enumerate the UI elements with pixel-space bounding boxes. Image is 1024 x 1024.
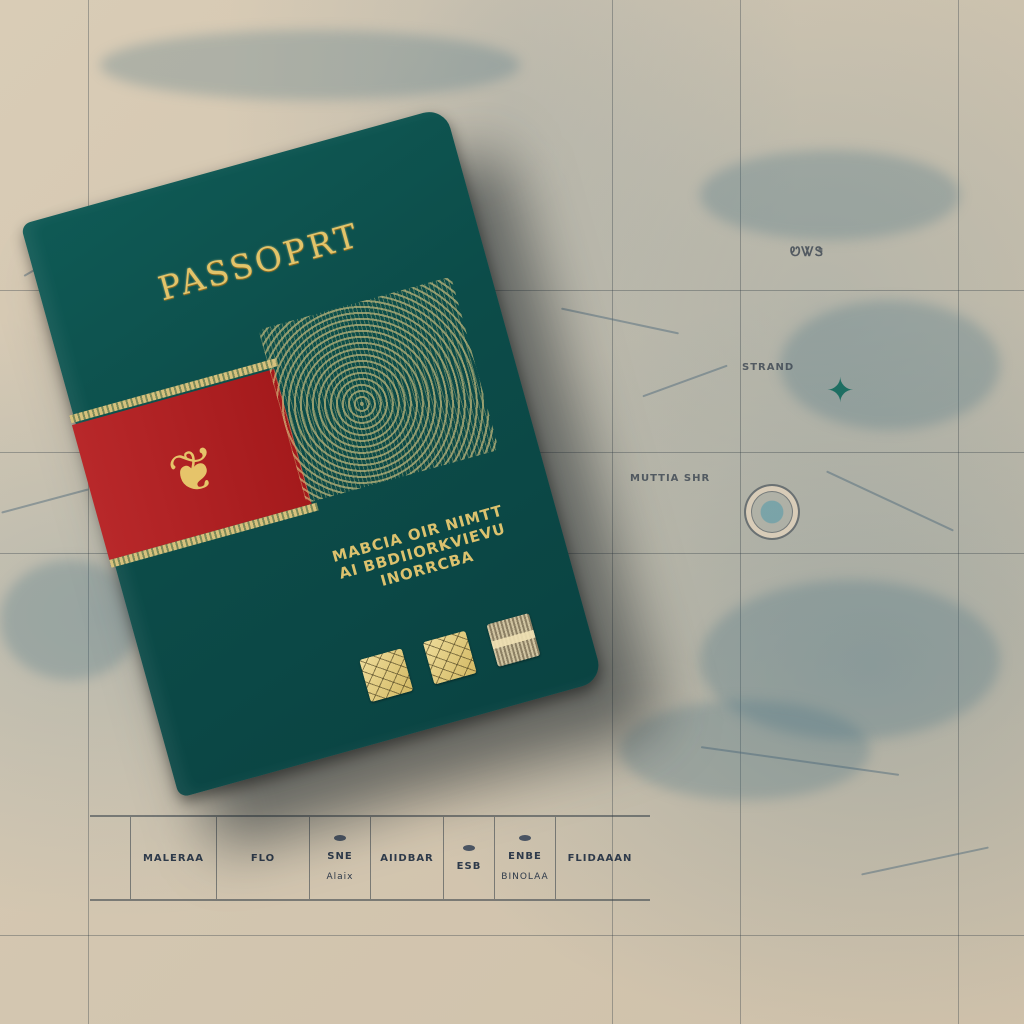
map-gridline: [88, 0, 89, 1024]
chip-row: [359, 613, 540, 702]
map-coast: [700, 150, 960, 240]
compass-star-icon: ✦: [826, 374, 855, 408]
gold-chip-icon: [423, 631, 477, 685]
legend-cell: SNEAlaix: [310, 817, 371, 899]
map-label: MUTTIA SHR: [630, 473, 710, 484]
map-coast: [620, 700, 870, 800]
map-gridline: [740, 0, 741, 1024]
map-contour: [561, 308, 679, 335]
legend-mark-icon: [463, 845, 475, 851]
passport-subtitle: MABCIA OIR NIMTT AI BBDIIORKVIEVU INORRC…: [300, 493, 546, 609]
map-legend-table: MALERAA FLO SNEAlaix AIIDBAR ESB ENBEBIN…: [90, 815, 650, 901]
legend-mark-icon: [519, 835, 531, 841]
map-contour: [642, 365, 727, 398]
map-coast: [100, 30, 520, 100]
legend-cell: MALERAA: [131, 817, 217, 899]
flag-red-panel: ❦: [72, 369, 312, 560]
map-label: STRAND: [742, 362, 794, 373]
gold-chip-icon: [359, 648, 413, 702]
legend-mark-icon: [334, 835, 346, 841]
striped-chip-icon: [486, 613, 540, 667]
map-contour: [826, 471, 954, 532]
map-coast: [780, 300, 1000, 430]
legend-cell: FLIDAAAN: [556, 817, 644, 899]
map-gridline: [0, 935, 1024, 936]
legend-cell: ESB: [444, 817, 495, 899]
map-gridline: [958, 0, 959, 1024]
map-label: ᏬᏔᏕ: [790, 245, 824, 260]
map-contour: [1, 488, 88, 513]
legend-cell: [90, 817, 131, 899]
map-contour: [861, 847, 989, 876]
legend-cell: AIIDBAR: [371, 817, 444, 899]
eagle-emblem-icon: ❦: [149, 421, 239, 522]
map-seal-icon: [744, 484, 800, 540]
legend-cell: ENBEBINOLAA: [495, 817, 556, 899]
